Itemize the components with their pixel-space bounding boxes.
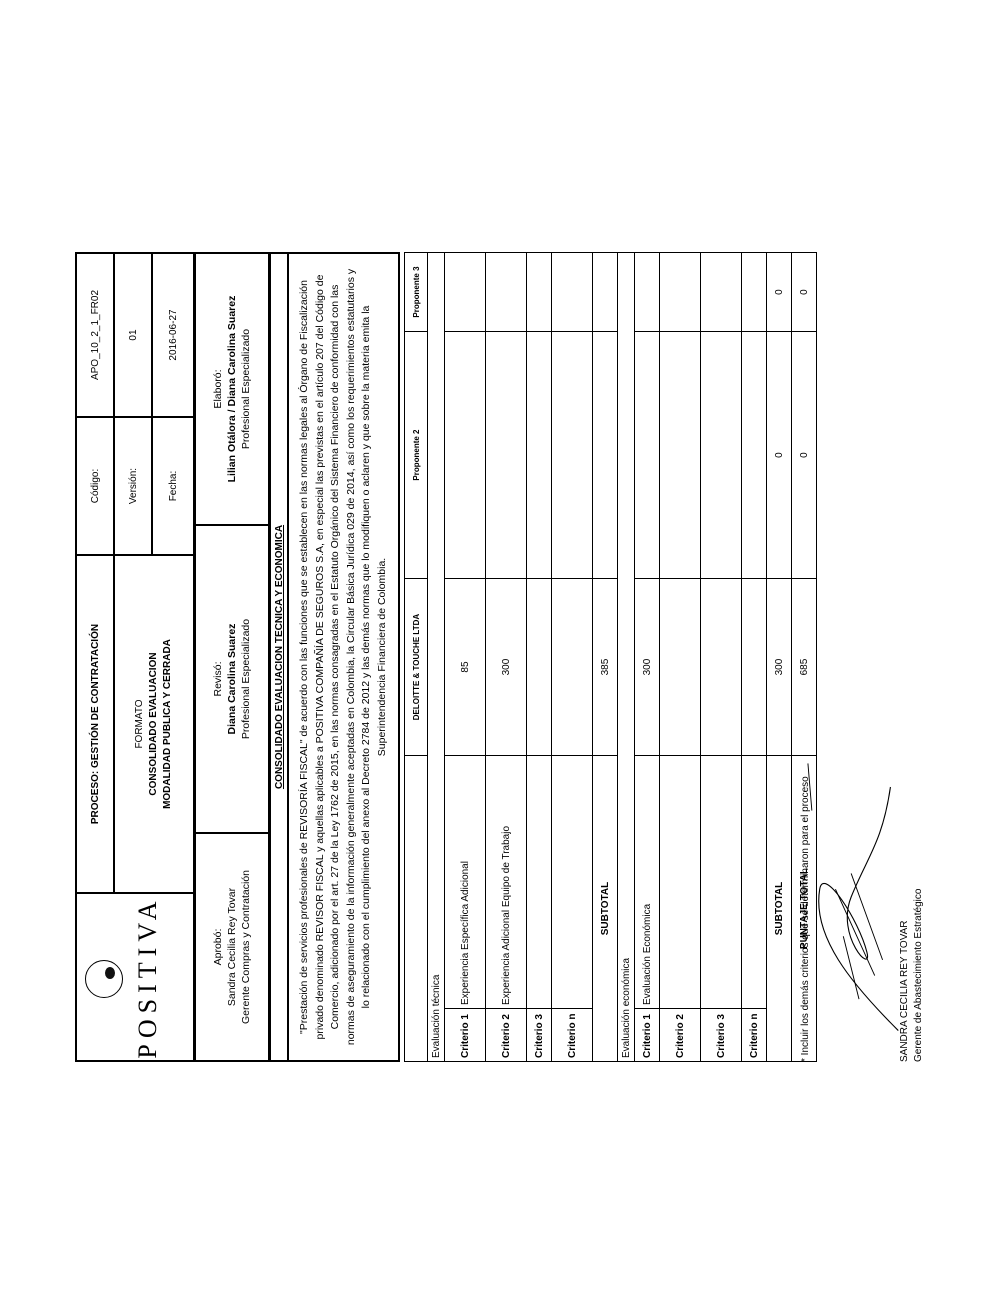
description-table: CONSOLIDADO EVALUACION TECNICA Y ECONOMI…	[269, 252, 400, 1062]
subtotal-value: 300	[767, 579, 792, 756]
meta-value-date: 2016-06-27	[152, 253, 194, 417]
logo-text: POSITIVA	[133, 894, 163, 1060]
approved-label: Aprobó:	[211, 837, 225, 1057]
table-row: Criterio 1 Experiencia Específica Adicio…	[445, 253, 486, 1062]
subtotal-value	[593, 253, 618, 332]
approvals-table: Aprobó: Sandra Cecilia Rey Tovar Gerente…	[194, 252, 270, 1062]
signer-name: SANDRA CECILIA REY TOVAR	[898, 889, 912, 1062]
score-cell	[486, 253, 527, 332]
prepared-by: Elaboró: Lilian Otálora / Diana Carolina…	[195, 253, 269, 525]
subtotal-label: SUBTOTAL	[593, 756, 618, 1062]
criterion-desc	[660, 756, 701, 1009]
subtotal-value: 385	[593, 579, 618, 756]
subtotal-value	[593, 332, 618, 579]
criterion-label: Criterio 1	[635, 1009, 660, 1062]
table-row: Criterio 3	[701, 253, 742, 1062]
criterion-label: Criterio n	[742, 1009, 767, 1062]
score-cell	[445, 332, 486, 579]
subtotal-row: SUBTOTAL 300 0 0	[767, 253, 792, 1062]
criterion-label: Criterio 2	[486, 1009, 527, 1062]
score-cell	[552, 579, 593, 756]
column-header: Proponente 3	[405, 253, 428, 332]
criterion-desc	[527, 756, 552, 1009]
score-cell: 300	[635, 579, 660, 756]
criterion-label: Criterio n	[552, 1009, 593, 1062]
criterion-label: Criterio 2	[660, 1009, 701, 1062]
score-cell	[445, 253, 486, 332]
table-row: Criterio 1 Evaluación Económica 300	[635, 253, 660, 1062]
score-cell	[527, 253, 552, 332]
score-cell	[635, 253, 660, 332]
meta-label-code: Código:	[76, 417, 114, 555]
approved-role: Gerente Compras y Contratación	[239, 837, 253, 1057]
footer: * Incluir los demás criterios que se det…	[790, 642, 990, 1062]
score-cell	[527, 579, 552, 756]
globe-logo-icon	[85, 960, 123, 998]
signer-role: Gerente de Abastecimiento Estratégico	[912, 889, 926, 1062]
table-row: Criterio n	[742, 253, 767, 1062]
score-cell: 300	[486, 579, 527, 756]
signer-block: SANDRA CECILIA REY TOVAR Gerente de Abas…	[898, 889, 926, 1062]
criterion-desc	[701, 756, 742, 1009]
section-title: CONSOLIDADO EVALUACION TECNICA Y ECONOMI…	[270, 253, 288, 1061]
reviewed-by: Revisó: Diana Carolina Suarez Profesiona…	[195, 525, 269, 833]
table-row: Criterio n	[552, 253, 593, 1062]
reviewed-name: Diana Carolina Suarez	[225, 529, 239, 829]
score-cell	[701, 579, 742, 756]
criterion-desc: Experiencia Específica Adicional	[445, 756, 486, 1009]
evaluation-table: DELOITTE & TOUCHE LTDA Proponente 2 Prop…	[404, 252, 817, 1062]
table-row: Criterio 2	[660, 253, 701, 1062]
prepared-name: Lilian Otálora / Diana Carolina Suarez	[225, 257, 239, 521]
approved-by: Aprobó: Sandra Cecilia Rey Tovar Gerente…	[195, 833, 269, 1061]
criterion-desc	[552, 756, 593, 1009]
score-cell	[742, 253, 767, 332]
criterion-label: Criterio 3	[527, 1009, 552, 1062]
subtotal-value: 0	[767, 332, 792, 579]
subtotal-label: SUBTOTAL	[767, 756, 792, 1062]
score-cell	[635, 332, 660, 579]
format-label: FORMATO	[133, 559, 147, 889]
table-row: Criterio 2 Experiencia Adicional Equipo …	[486, 253, 527, 1062]
corner-cell	[405, 756, 428, 1062]
score-cell	[486, 332, 527, 579]
reviewed-role: Profesional Especializado	[239, 529, 253, 829]
criterion-label: Criterio 1	[445, 1009, 486, 1062]
criterion-desc: Evaluación Económica	[635, 756, 660, 1009]
meta-value-version: 01	[114, 253, 152, 417]
meta-value-code: APO_10_2_1_FR02	[76, 253, 114, 417]
process-title: PROCESO: GESTIÓN DE CONTRATACIÓN	[76, 555, 114, 893]
total-value: 0	[792, 253, 817, 332]
meta-label-date: Fecha:	[152, 417, 194, 555]
table-row: Criterio 3	[527, 253, 552, 1062]
score-cell: 85	[445, 579, 486, 756]
prepared-label: Elaboró:	[211, 257, 225, 521]
score-cell	[660, 579, 701, 756]
reviewed-label: Revisó:	[211, 529, 225, 829]
economic-section-label: Evaluación económica	[618, 253, 635, 1062]
score-cell	[742, 332, 767, 579]
format-subtitle: MODALIDAD PUBLICA Y CERRADA	[161, 559, 175, 889]
format-title: CONSOLIDADO EVALUACION	[147, 559, 161, 889]
score-cell	[660, 332, 701, 579]
score-cell	[742, 579, 767, 756]
score-cell	[552, 332, 593, 579]
criterion-desc	[742, 756, 767, 1009]
contract-description: "Prestación de servicios profesionales d…	[288, 253, 399, 1061]
score-cell	[701, 332, 742, 579]
meta-label-version: Versión:	[114, 417, 152, 555]
total-value: 0	[792, 332, 817, 579]
score-cell	[660, 253, 701, 332]
technical-section-label: Evaluación técnica	[428, 253, 445, 1062]
format-title-block: FORMATO CONSOLIDADO EVALUACION MODALIDAD…	[114, 555, 194, 893]
logo: POSITIVA	[76, 893, 194, 1061]
criterion-label: Criterio 3	[701, 1009, 742, 1062]
subtotal-value: 0	[767, 253, 792, 332]
column-header: DELOITTE & TOUCHE LTDA	[405, 579, 428, 756]
column-header: Proponente 2	[405, 332, 428, 579]
criterion-desc: Experiencia Adicional Equipo de Trabajo	[486, 756, 527, 1009]
score-cell	[552, 253, 593, 332]
approved-name: Sandra Cecilia Rey Tovar	[225, 837, 239, 1057]
scanned-document: POSITIVA PROCESO: GESTIÓN DE CONTRATACIÓ…	[75, 252, 755, 1062]
prepared-role: Profesional Especializado	[239, 257, 253, 521]
document-header: POSITIVA PROCESO: GESTIÓN DE CONTRATACIÓ…	[75, 252, 195, 1062]
score-cell	[701, 253, 742, 332]
subtotal-row: SUBTOTAL 385	[593, 253, 618, 1062]
score-cell	[527, 332, 552, 579]
